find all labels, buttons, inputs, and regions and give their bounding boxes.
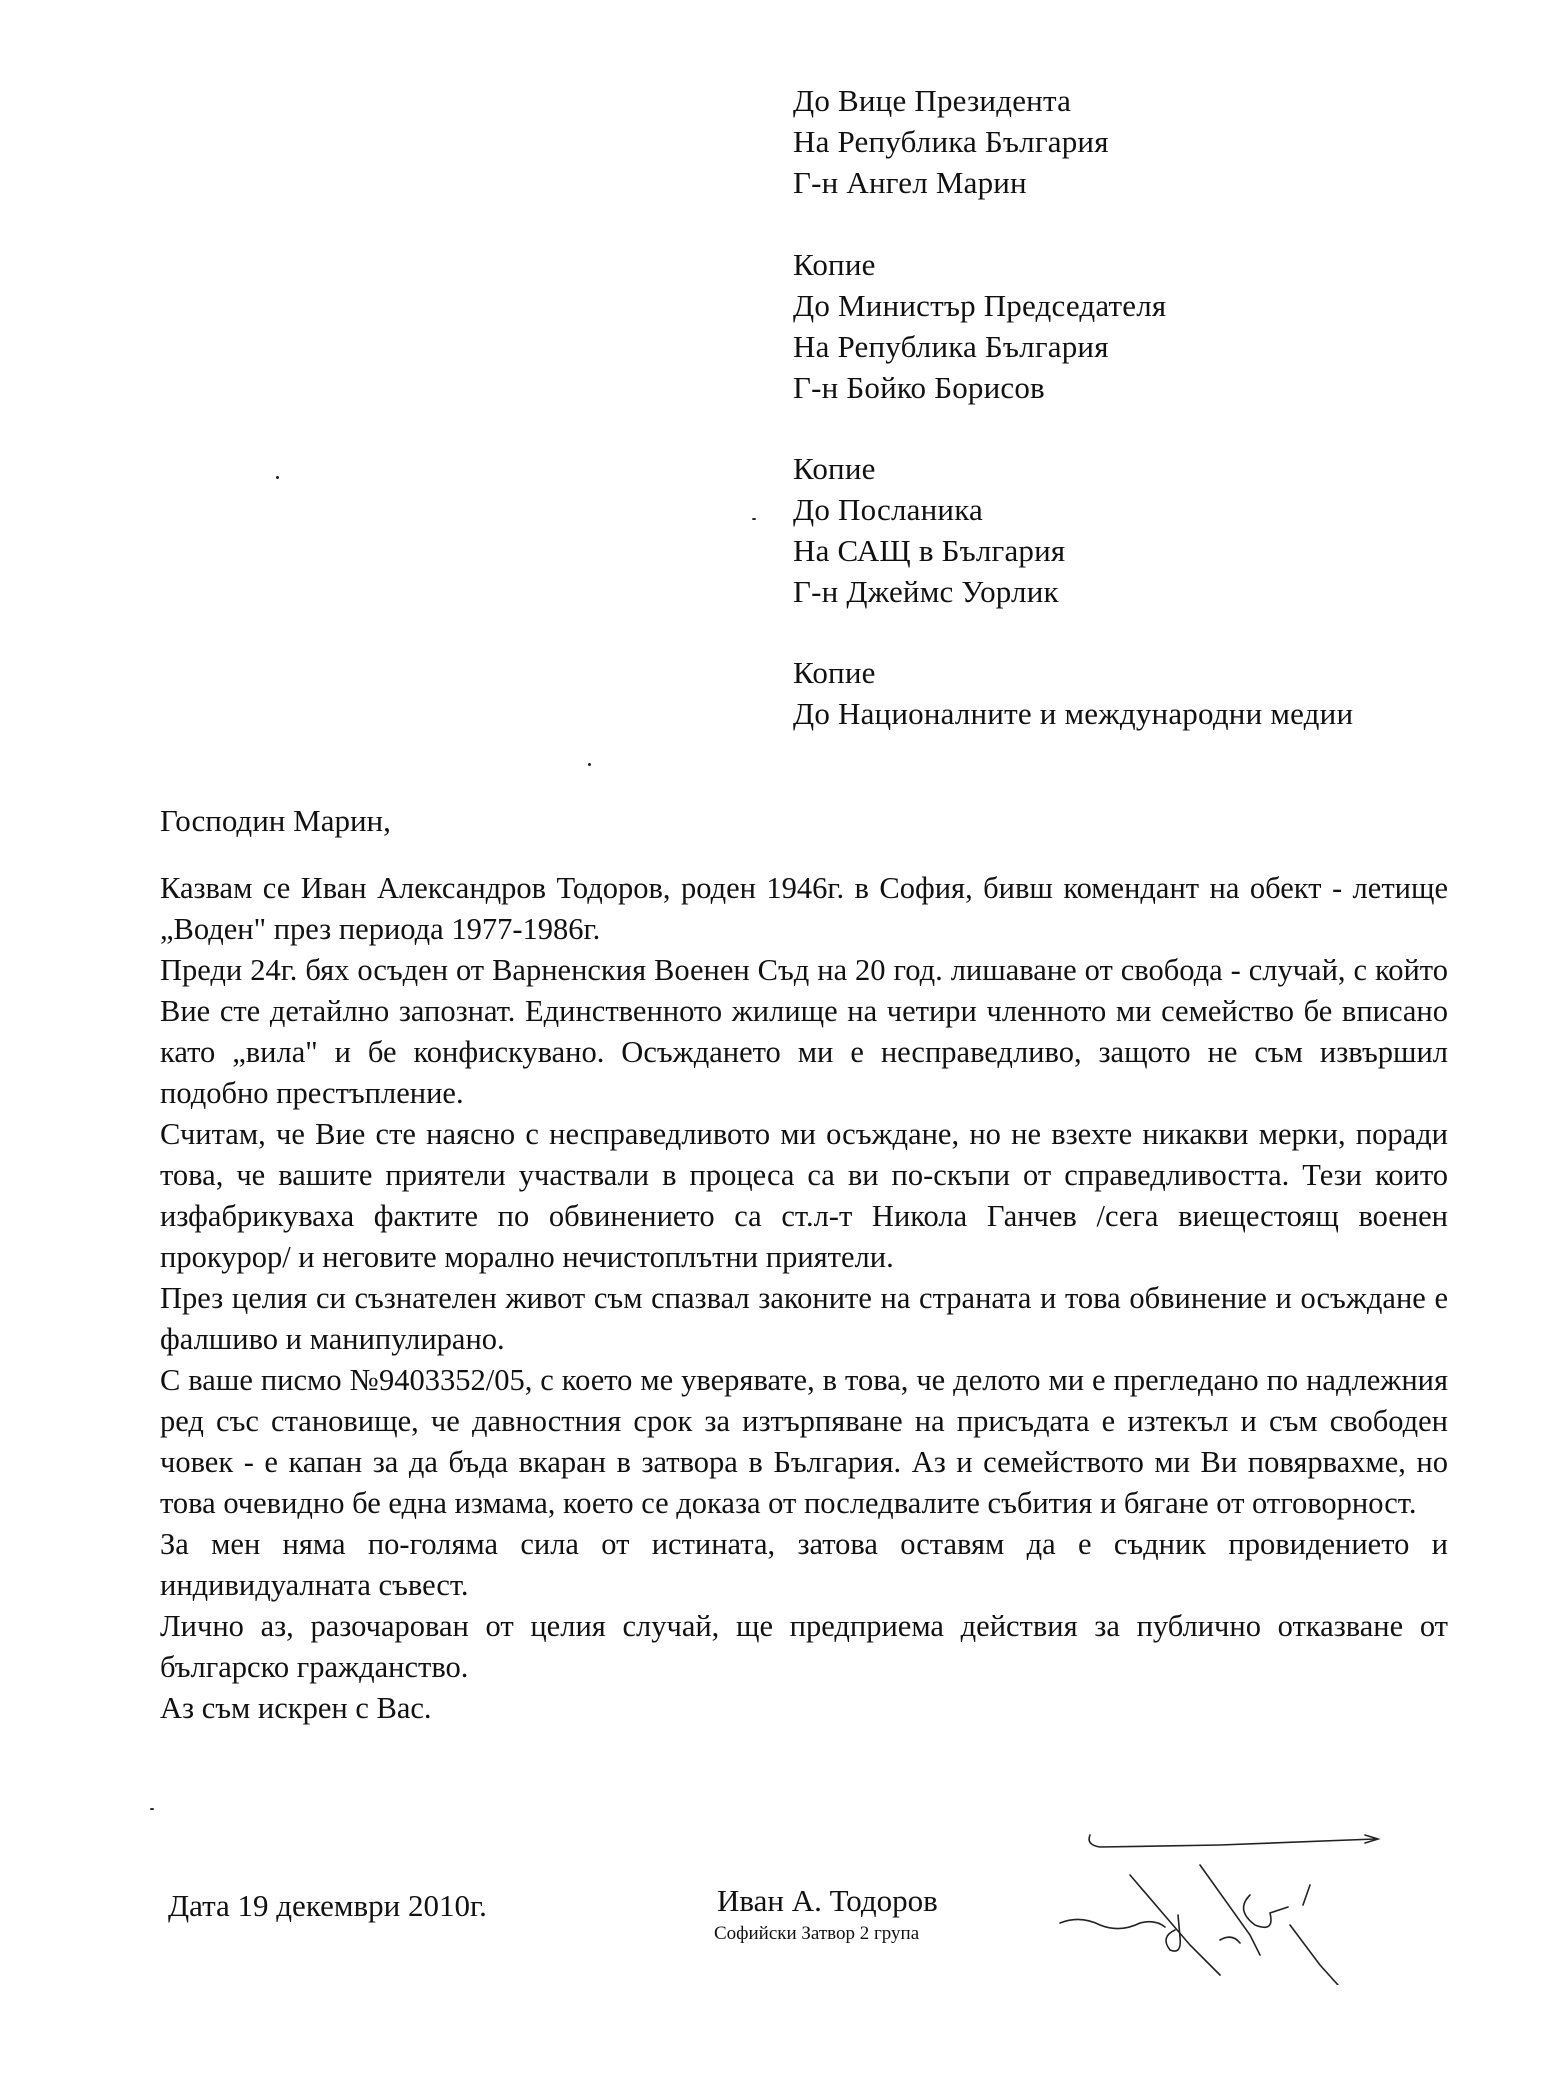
- letter-date: Дата 19 декември 2010г.: [168, 1888, 487, 1924]
- body-paragraph: Считам, че Вие сте наясно с несправедлив…: [160, 1114, 1448, 1278]
- recipient-line: На Република България: [793, 326, 1166, 367]
- closing-line: Аз съм искрен с Вас.: [160, 1688, 1448, 1729]
- body-paragraph: Преди 24г. бях осъден от Варненския Воен…: [160, 950, 1448, 1114]
- copy-label: Копие: [793, 244, 1166, 285]
- letter-body: Казвам се Иван Александров Тодоров, роде…: [160, 868, 1448, 1729]
- recipient-line: На САЩ в България: [793, 530, 1065, 571]
- body-paragraph: За мен няма по-голяма сила от истината, …: [160, 1524, 1448, 1606]
- recipient-block-ambassador: Копие До Посланика На САЩ в България Г-н…: [793, 448, 1065, 612]
- recipient-block-media: Копие До Националните и международни мед…: [793, 652, 1353, 734]
- scan-speck: [588, 763, 591, 766]
- body-paragraph: През целия си съзнателен живот съм спазв…: [160, 1278, 1448, 1360]
- copy-label: Копие: [793, 652, 1353, 693]
- recipient-line: До Вице Президента: [793, 80, 1109, 121]
- body-paragraph: Лично аз, разочарован от целия случай, щ…: [160, 1606, 1448, 1688]
- recipient-line: До Посланика: [793, 489, 1065, 530]
- letter-page: До Вице Президента На Република България…: [0, 0, 1564, 2088]
- recipient-block-prime-minister: Копие До Министър Председателя На Републ…: [793, 244, 1166, 408]
- signature-icon: [1020, 1815, 1400, 1985]
- recipient-block-vice-president: До Вице Президента На Република България…: [793, 80, 1109, 203]
- salutation: Господин Марин,: [160, 800, 391, 841]
- recipient-line: Г-н Бойко Борисов: [793, 367, 1166, 408]
- recipient-line: До Министър Председателя: [793, 285, 1166, 326]
- recipient-line: До Националните и международни медии: [793, 693, 1353, 734]
- signer-name: Иван А. Тодоров: [717, 1883, 938, 1919]
- body-paragraph: С ваше писмо №9403352/05, с което ме уве…: [160, 1360, 1448, 1524]
- scan-speck: [276, 476, 279, 479]
- recipient-line: На Република България: [793, 121, 1109, 162]
- body-paragraph: Казвам се Иван Александров Тодоров, роде…: [160, 868, 1448, 950]
- signer-location: Софийски Затвор 2 група: [714, 1923, 919, 1945]
- scan-speck: [150, 1808, 154, 1810]
- recipient-line: Г-н Джеймс Уорлик: [793, 571, 1065, 612]
- scan-speck: [752, 518, 756, 520]
- recipient-line: Г-н Ангел Марин: [793, 162, 1109, 203]
- copy-label: Копие: [793, 448, 1065, 489]
